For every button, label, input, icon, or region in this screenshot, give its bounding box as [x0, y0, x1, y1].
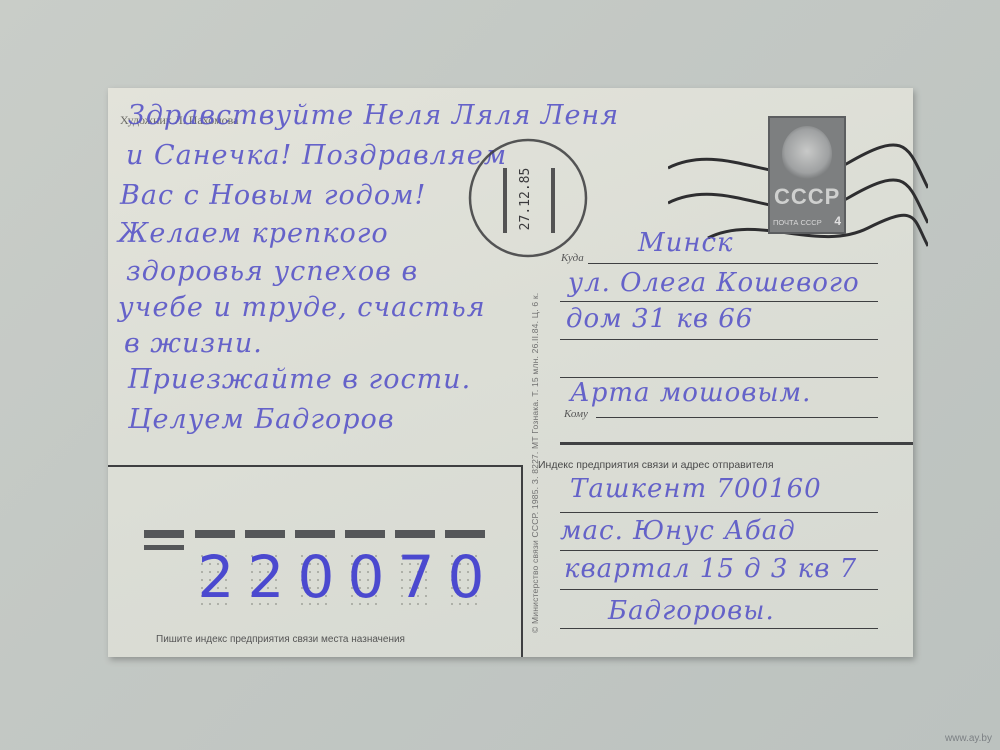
message-line: Приезжайте в гости.	[128, 364, 471, 395]
code-bar	[345, 530, 385, 538]
address-line	[588, 263, 878, 264]
sender-line: мас. Юнус Абад	[560, 516, 796, 546]
recipient-line: ул. Олега Кошевого	[568, 268, 860, 298]
address-line	[560, 301, 878, 302]
message-line: Вас с Новым годом!	[120, 180, 426, 211]
address-line	[560, 628, 878, 629]
code-bar	[144, 530, 184, 538]
index-hint: Пишите индекс предприятия связи места на…	[156, 634, 405, 645]
label-to-where: Куда	[561, 252, 584, 264]
svg-text:27.12.85: 27.12.85	[518, 168, 533, 231]
code-bar	[445, 530, 485, 538]
postcard: Художник Л. Пахомова Здравствуйте Неля Л…	[108, 88, 913, 657]
postal-digit: 0	[445, 544, 487, 610]
watermark: www.ay.by	[945, 733, 992, 744]
address-line	[560, 512, 878, 513]
recipient-line: Минск	[638, 228, 734, 258]
address-line	[560, 589, 878, 590]
label-to-whom: Кому	[564, 408, 588, 420]
recipient-line: Арта мошовым.	[570, 378, 811, 408]
postal-digit: 0	[295, 544, 337, 610]
coat-of-arms-icon	[782, 126, 832, 182]
message-line: учебе и труде, счастья	[118, 292, 486, 323]
address-line	[596, 417, 878, 418]
code-bar	[144, 545, 184, 550]
message-line: Желаем крепкого	[118, 218, 389, 249]
stamp-value: 4	[834, 214, 841, 228]
recipient-line: дом 31 кв 66	[566, 304, 753, 334]
message-line: Целуем Бадгоров	[128, 404, 395, 435]
stamp-caption: ПОЧТА СССР	[773, 218, 822, 227]
postal-digit: 2	[195, 544, 237, 610]
message-line: Здравствуйте Неля Ляля Леня	[128, 100, 619, 131]
postage-stamp: СССР ПОЧТА СССР 4	[768, 116, 846, 234]
code-bar	[295, 530, 335, 538]
code-bar	[395, 530, 435, 538]
stamp-country: СССР	[774, 184, 840, 210]
address-line	[560, 339, 878, 340]
postal-digit: 7	[395, 544, 437, 610]
sender-line: Бадгоровы.	[608, 596, 775, 626]
postmark: 27.12.85	[463, 133, 593, 263]
sender-label: Индекс предприятия связи и адрес отправи…	[538, 459, 774, 471]
address-line-heavy	[560, 442, 913, 445]
message-line: и Санечка! Поздравляем	[126, 140, 507, 171]
postal-digit: 2	[245, 544, 287, 610]
postal-digit: 0	[345, 544, 387, 610]
sender-line: квартал 15 д 3 кв 7	[564, 554, 857, 584]
sender-line: Ташкент 700160	[570, 474, 822, 504]
address-line	[560, 550, 878, 551]
message-line: здоровья успехов в	[126, 256, 418, 287]
code-bar	[245, 530, 285, 538]
message-line: в жизни.	[124, 328, 263, 359]
code-bar	[195, 530, 235, 538]
